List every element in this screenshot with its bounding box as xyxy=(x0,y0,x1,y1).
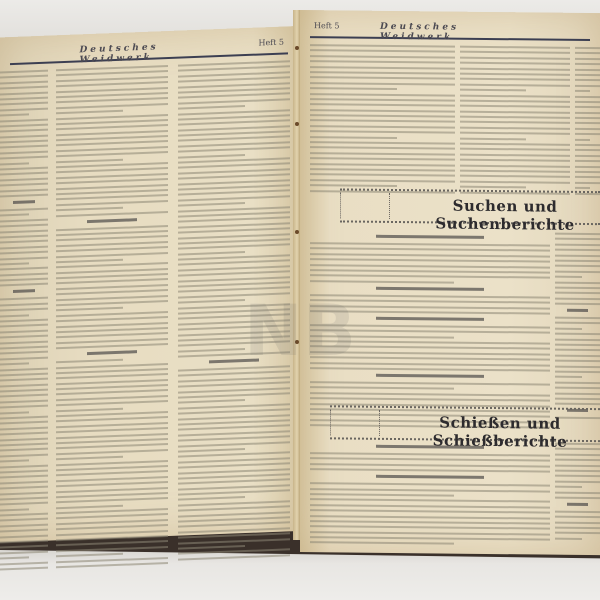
text-line xyxy=(555,392,600,394)
stitch xyxy=(295,46,299,50)
text-line xyxy=(178,554,290,560)
text-line xyxy=(310,493,454,497)
section-title: Suchen und Suchenberichte xyxy=(410,196,600,234)
running-head-right: Heft 5 Deutsches Weidwerk xyxy=(310,18,590,41)
text-line xyxy=(310,173,455,177)
text-line xyxy=(0,314,29,317)
text-line xyxy=(0,80,48,84)
text-line xyxy=(575,58,600,60)
text-line xyxy=(0,118,48,122)
text-line xyxy=(310,468,550,473)
text-line xyxy=(460,62,570,65)
text-line xyxy=(0,229,48,233)
text-line xyxy=(0,421,48,425)
text-line xyxy=(555,398,600,400)
text-line xyxy=(310,114,455,118)
text-line xyxy=(56,259,123,264)
text-line xyxy=(13,290,35,294)
text-line xyxy=(575,128,600,130)
text-line xyxy=(555,260,600,262)
text-line xyxy=(178,98,290,104)
text-line xyxy=(0,432,48,436)
text-line xyxy=(575,149,600,151)
issue-number: Heft 5 xyxy=(258,38,284,48)
text-line xyxy=(555,292,600,294)
text-line xyxy=(0,308,48,312)
text-line xyxy=(0,561,48,565)
text-line xyxy=(0,107,48,111)
text-line xyxy=(555,243,600,245)
text-line xyxy=(0,497,48,501)
text-line xyxy=(555,371,600,373)
text-line xyxy=(56,407,123,412)
text-line xyxy=(460,46,570,49)
text-line xyxy=(0,523,48,527)
text-line xyxy=(0,97,48,101)
text-line xyxy=(460,67,570,70)
text-line xyxy=(0,156,48,160)
text-line xyxy=(555,344,600,346)
text-line xyxy=(567,309,587,312)
text-column-2 xyxy=(56,65,168,572)
text-line xyxy=(310,152,455,156)
text-line xyxy=(310,141,455,145)
text-line xyxy=(555,365,600,367)
text-line xyxy=(310,125,455,129)
text-line xyxy=(310,531,550,536)
text-line xyxy=(555,532,600,534)
text-line xyxy=(555,303,600,305)
text-line xyxy=(460,121,570,124)
text-line xyxy=(0,167,48,171)
text-line xyxy=(555,238,600,240)
text-line xyxy=(178,154,245,159)
text-line xyxy=(178,545,245,550)
text-line xyxy=(555,360,600,362)
text-line xyxy=(310,509,550,514)
text-line xyxy=(555,486,582,488)
text-line xyxy=(460,83,570,86)
text-line xyxy=(460,159,570,162)
text-line xyxy=(555,338,600,340)
text-line xyxy=(460,170,570,173)
text-column-2 xyxy=(460,46,570,198)
text-line xyxy=(460,56,570,59)
text-line xyxy=(0,134,48,138)
text-line xyxy=(310,463,550,468)
text-line xyxy=(0,464,48,468)
text-line xyxy=(0,513,48,517)
text-line xyxy=(56,449,168,455)
text-line xyxy=(310,93,455,97)
text-line xyxy=(555,538,582,540)
text-line xyxy=(56,151,168,157)
text-line xyxy=(575,47,600,49)
text-line xyxy=(0,346,48,350)
text-line xyxy=(575,133,600,135)
text-line xyxy=(178,441,290,447)
text-column-schiessen-right xyxy=(555,443,600,544)
text-line xyxy=(555,511,600,513)
text-line xyxy=(310,504,550,509)
text-line xyxy=(0,394,48,398)
text-line xyxy=(0,443,48,447)
text-line xyxy=(56,211,168,217)
text-line xyxy=(376,235,484,239)
text-line xyxy=(460,164,570,167)
text-line xyxy=(0,362,29,365)
text-line xyxy=(0,124,48,128)
text-line xyxy=(56,343,168,349)
text-line xyxy=(310,76,455,80)
text-line xyxy=(56,497,168,503)
text-line xyxy=(0,491,48,495)
text-line xyxy=(460,137,526,140)
text-line xyxy=(0,550,48,554)
text-line xyxy=(0,437,48,441)
text-line xyxy=(575,165,600,167)
text-line xyxy=(56,251,168,257)
text-line xyxy=(310,525,550,530)
text-line xyxy=(0,389,48,393)
text-line xyxy=(0,302,48,306)
text-line xyxy=(0,172,48,176)
text-line xyxy=(0,567,48,571)
text-line xyxy=(575,85,600,87)
text-line xyxy=(575,187,590,189)
text-line xyxy=(0,150,48,154)
text-line xyxy=(555,453,600,455)
text-line xyxy=(310,498,550,503)
text-line xyxy=(0,529,48,533)
text-line xyxy=(0,480,48,484)
text-line xyxy=(0,378,48,382)
text-line xyxy=(0,448,48,452)
text-line xyxy=(575,68,600,70)
text-line xyxy=(56,307,123,312)
text-line xyxy=(0,351,48,355)
text-line xyxy=(56,359,123,364)
text-line xyxy=(575,52,600,54)
text-line xyxy=(575,90,590,92)
section-header-schiessen: Schießen und Schießberichte xyxy=(330,405,600,442)
text-line xyxy=(0,416,48,420)
text-line xyxy=(376,317,484,321)
magazine-title: Deutsches Weidwerk xyxy=(80,40,219,65)
text-line xyxy=(56,504,123,509)
text-line xyxy=(460,105,570,108)
text-line xyxy=(555,491,600,493)
text-line xyxy=(0,329,48,333)
text-line xyxy=(56,456,123,461)
text-line xyxy=(310,147,455,151)
text-line xyxy=(575,95,600,97)
magazine-title: Deutsches Weidwerk xyxy=(380,22,520,43)
text-line xyxy=(555,322,600,324)
text-line xyxy=(555,265,600,267)
text-line xyxy=(555,276,582,278)
stitch xyxy=(295,122,299,126)
text-line xyxy=(0,194,48,198)
text-line xyxy=(376,287,484,291)
text-line xyxy=(575,182,600,184)
text-line xyxy=(0,70,48,74)
text-line xyxy=(575,117,600,119)
text-line xyxy=(0,75,48,79)
text-line xyxy=(0,335,48,339)
text-line xyxy=(0,267,48,271)
text-line xyxy=(0,183,48,187)
text-line xyxy=(310,103,455,107)
text-line xyxy=(56,110,123,115)
text-line xyxy=(555,527,600,529)
text-line xyxy=(575,106,600,108)
text-line xyxy=(178,105,245,110)
text-line xyxy=(0,297,48,301)
text-line xyxy=(555,521,600,523)
text-line xyxy=(575,160,600,162)
text-line xyxy=(376,475,484,479)
text-line xyxy=(0,256,48,260)
text-line xyxy=(575,101,600,103)
text-line xyxy=(0,208,48,212)
text-line xyxy=(56,158,123,163)
text-line xyxy=(567,503,587,506)
text-column-1 xyxy=(310,44,455,196)
text-line xyxy=(555,464,600,466)
text-line xyxy=(460,100,570,103)
text-line xyxy=(0,177,48,181)
text-line xyxy=(0,508,29,511)
text-line xyxy=(555,270,600,272)
text-line xyxy=(555,328,582,330)
text-line xyxy=(0,319,48,323)
text-line xyxy=(0,102,48,106)
text-line xyxy=(460,175,570,178)
text-line xyxy=(56,207,123,212)
text-line xyxy=(555,381,600,383)
text-line xyxy=(310,55,455,59)
text-line xyxy=(555,287,600,289)
text-line xyxy=(0,278,48,282)
text-line xyxy=(555,249,600,251)
text-line xyxy=(310,44,455,48)
text-line xyxy=(0,324,48,328)
text-line xyxy=(310,457,550,462)
text-line xyxy=(0,486,48,490)
text-line xyxy=(56,562,168,568)
text-line xyxy=(575,155,600,157)
text-line xyxy=(460,110,570,113)
text-line xyxy=(310,542,454,546)
text-line xyxy=(460,153,570,156)
text-line xyxy=(0,218,48,222)
text-line xyxy=(0,545,48,549)
text-line xyxy=(555,387,600,389)
text-line xyxy=(56,553,123,558)
text-line xyxy=(0,411,29,414)
text-line xyxy=(178,147,290,153)
text-line xyxy=(310,130,455,134)
text-line xyxy=(0,518,48,522)
watermark-text: NB xyxy=(210,290,390,372)
text-line xyxy=(178,538,290,544)
text-line xyxy=(310,520,550,525)
text-column-schiessen-left xyxy=(310,440,550,549)
text-line xyxy=(0,140,48,144)
text-line xyxy=(310,452,550,457)
text-line xyxy=(56,300,168,306)
text-line xyxy=(460,73,570,76)
text-line xyxy=(0,272,48,276)
text-line xyxy=(555,281,600,283)
text-line xyxy=(460,78,570,81)
text-line xyxy=(555,297,600,299)
text-column-1 xyxy=(0,70,48,574)
text-line xyxy=(575,176,600,178)
text-line xyxy=(0,188,48,192)
text-column-suchen-right xyxy=(555,233,600,423)
text-line xyxy=(0,383,48,387)
text-line xyxy=(0,235,48,239)
text-line xyxy=(460,148,570,151)
text-line xyxy=(0,475,48,479)
text-line xyxy=(0,373,48,377)
text-line xyxy=(460,116,570,119)
text-line xyxy=(460,132,570,135)
text-line xyxy=(310,163,455,167)
text-line xyxy=(0,405,48,409)
text-line xyxy=(310,157,455,161)
text-line xyxy=(555,475,600,477)
text-line xyxy=(575,63,600,65)
text-line xyxy=(310,49,455,53)
text-line xyxy=(310,82,455,86)
text-line xyxy=(310,98,455,102)
text-line xyxy=(555,354,600,356)
text-line xyxy=(56,400,168,406)
text-line xyxy=(0,426,48,430)
text-line xyxy=(0,145,48,149)
text-column-3 xyxy=(575,47,600,198)
text-line xyxy=(310,168,455,172)
text-line xyxy=(13,200,35,204)
text-line xyxy=(0,129,48,133)
text-line xyxy=(0,470,48,474)
text-line xyxy=(460,51,570,54)
text-line xyxy=(310,66,455,70)
text-line xyxy=(310,109,455,113)
text-line xyxy=(460,127,570,130)
text-line xyxy=(460,180,570,183)
text-line xyxy=(310,515,550,520)
text-line xyxy=(56,103,168,109)
text-line xyxy=(376,374,484,378)
text-line xyxy=(575,144,600,146)
text-line xyxy=(555,516,600,518)
text-line xyxy=(56,200,168,206)
issue-number: Heft 5 xyxy=(314,21,340,30)
text-line xyxy=(0,240,48,244)
text-line xyxy=(575,79,600,81)
section-title: Schießen und Schießberichte xyxy=(400,413,600,451)
text-line xyxy=(0,162,29,165)
text-line xyxy=(575,171,600,173)
text-line xyxy=(0,356,48,360)
text-line xyxy=(178,448,245,453)
text-line xyxy=(575,74,600,76)
text-line xyxy=(0,367,48,371)
text-line xyxy=(178,489,290,495)
text-line xyxy=(310,60,455,64)
text-line xyxy=(310,482,550,487)
running-head-left: Deutsches Weidwerk Heft 5 xyxy=(10,34,288,65)
text-line xyxy=(0,534,48,538)
text-line xyxy=(555,317,600,319)
text-line xyxy=(575,139,590,141)
text-line xyxy=(178,496,245,501)
text-line xyxy=(0,540,48,544)
text-line xyxy=(575,122,600,124)
text-line xyxy=(0,251,48,255)
text-line xyxy=(310,120,455,124)
text-line xyxy=(56,546,168,552)
text-line xyxy=(0,86,48,90)
text-line xyxy=(460,94,570,97)
text-line xyxy=(310,488,550,493)
text-line xyxy=(0,224,48,228)
text-line xyxy=(87,218,137,223)
text-line xyxy=(310,71,455,75)
text-line xyxy=(0,283,48,287)
text-line xyxy=(555,333,600,335)
text-line xyxy=(0,453,48,457)
text-line xyxy=(555,254,600,256)
text-line xyxy=(460,89,526,92)
text-line xyxy=(555,376,582,378)
text-line xyxy=(0,113,29,116)
text-line xyxy=(0,262,29,265)
text-line xyxy=(555,480,600,482)
text-line xyxy=(575,112,600,114)
text-line xyxy=(0,399,48,403)
text-line xyxy=(555,470,600,472)
text-line xyxy=(555,403,600,405)
text-line xyxy=(0,557,29,560)
text-line xyxy=(310,136,397,139)
section-box-ornament xyxy=(330,409,380,436)
text-line xyxy=(0,460,29,463)
watermark-logo: NB xyxy=(210,180,390,410)
text-line xyxy=(555,349,600,351)
text-line xyxy=(0,214,29,217)
text-line xyxy=(310,87,397,90)
text-line xyxy=(460,186,526,189)
text-line xyxy=(0,245,48,249)
text-line xyxy=(460,143,570,146)
text-line xyxy=(310,536,550,541)
text-line xyxy=(0,340,48,344)
text-line xyxy=(0,502,48,506)
text-line xyxy=(0,91,48,95)
text-line xyxy=(555,459,600,461)
text-line xyxy=(87,350,137,355)
text-line xyxy=(555,497,600,499)
